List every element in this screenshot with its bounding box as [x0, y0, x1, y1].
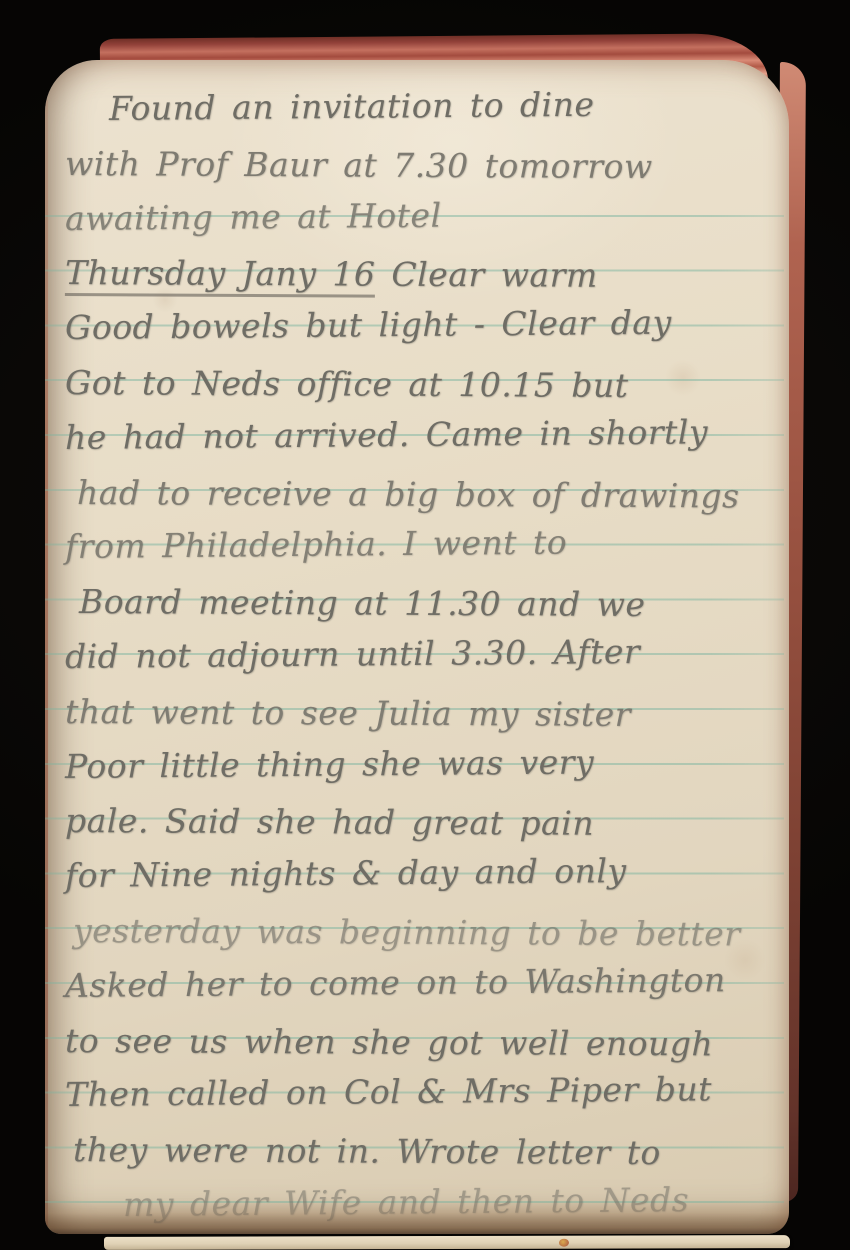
notebook-page: Found an invitation to dine with Prof Ba… [45, 60, 789, 1234]
handwriting-line: Good bowels but light - Clear day [65, 295, 789, 356]
handwriting-line: awaiting me at Hotel [65, 185, 789, 246]
handwriting-line: Found an invitation to dine [109, 76, 789, 137]
date-underline: Thursday Jany 16 [65, 253, 376, 298]
handwriting-line: my dear Wife and then to Neds [123, 1172, 789, 1233]
handwriting-line: did not adjourn until 3.30. After [65, 624, 789, 685]
handwriting-line: Poor little thing she was very [65, 733, 789, 794]
handwriting-line: for Nine nights & day and only [65, 843, 789, 904]
pages-below-edge [104, 1235, 790, 1250]
handwriting-line: he had not arrived. Came in shortly [65, 404, 789, 465]
photo-backdrop: Found an invitation to dine with Prof Ba… [0, 0, 850, 1250]
red-speck [559, 1239, 569, 1247]
handwriting-block: Found an invitation to dine with Prof Ba… [65, 82, 789, 1233]
handwriting-line: Asked her to come on to Washington [65, 952, 789, 1013]
handwriting-line: Then called on Col & Mrs Piper but [65, 1062, 789, 1123]
handwriting-line: from Philadelphia. I went to [65, 514, 789, 575]
